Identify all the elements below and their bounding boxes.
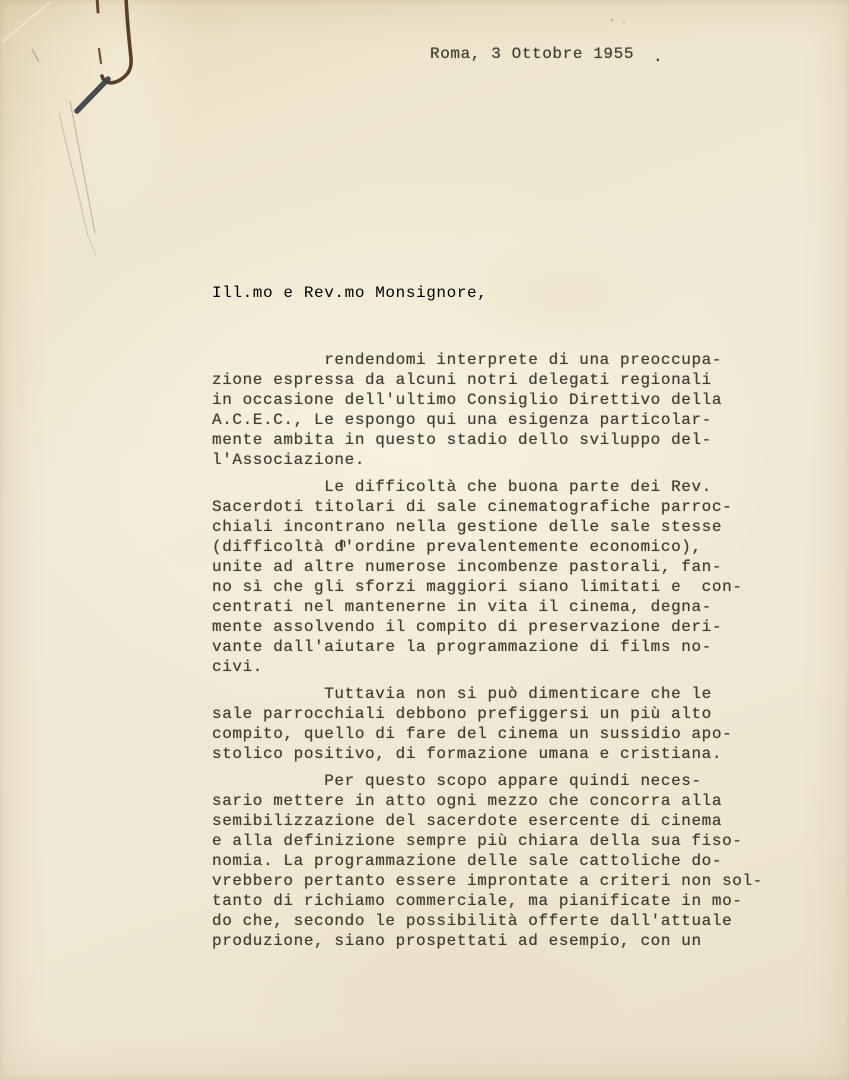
text-line: Per questo scopo appare quindi neces-: [212, 771, 763, 791]
text-line: unite ad altre numerose incombenze pasto…: [212, 557, 763, 577]
stray-dot: [611, 19, 614, 22]
paragraph: Tuttavia non si può dimenticare che lesa…: [212, 684, 763, 764]
dateline: Roma, 3 Ottobre 1955: [430, 45, 634, 63]
ink-hook-mark: [102, 0, 131, 83]
text-line: e alla definizione sempre più chiara del…: [212, 831, 763, 851]
ink-dash-mark: [99, 49, 101, 63]
stray-dot: [623, 21, 625, 23]
typed-correction-mark: n: [339, 534, 346, 554]
text-line: produzione, siano prospettati ad esempio…: [212, 931, 763, 951]
salutation: Ill.mo e Rev.mo Monsignore,: [212, 283, 763, 303]
text-line: sario mettere in atto ogni mezzo che con…: [212, 791, 763, 811]
text-line: Sacerdoti titolari di sale cinematografi…: [212, 497, 763, 517]
paragraph: rendendomi interprete di una preoccupa-z…: [212, 350, 763, 470]
pencil-scratch-line: [70, 101, 95, 233]
paragraph: Le difficoltà che buona parte dei Rev.Sa…: [212, 477, 763, 677]
text-line: tanto di richiamo commerciale, ma pianif…: [212, 891, 763, 911]
text-line: do che, secondo le possibilità offerte d…: [212, 911, 763, 931]
pencil-scratch-line: [59, 113, 88, 236]
pencil-scratch-line: [88, 236, 96, 256]
text-line: nomia. La programmazione delle sale catt…: [212, 851, 763, 871]
text-line: in occasione dell'ultimo Consiglio Diret…: [212, 390, 763, 410]
ink-line-mark: [97, 0, 98, 12]
letter-body: Ill.mo e Rev.mo Monsignore, rendendomi i…: [212, 243, 763, 1011]
text-line: vante dall'aiutare la programmazione di …: [212, 637, 763, 657]
text-line: rendendomi interprete di una preoccupa-: [212, 350, 763, 370]
text-line: Le difficoltà che buona parte dei Rev.: [212, 477, 763, 497]
text-line: no sì che gli sforzi maggiori siano limi…: [212, 577, 763, 597]
text-line: sale parrocchiali debbono prefiggersi un…: [212, 704, 763, 724]
text-line: centrati nel mantenerne in vita il cinem…: [212, 597, 763, 617]
letter-paragraphs: rendendomi interprete di una preoccupa-z…: [212, 350, 763, 951]
text-line: mente assolvendo il compito di preservaz…: [212, 617, 763, 637]
text-line: zione espressa da alcuni notri delegati …: [212, 370, 763, 390]
text-line: Tuttavia non si può dimenticare che le: [212, 684, 763, 704]
text-line: vrebbero pertanto essere improntate a cr…: [212, 871, 763, 891]
paragraph: Per questo scopo appare quindi neces-sar…: [212, 771, 763, 951]
dateline-trailing-dot: .: [653, 48, 663, 66]
text-line: semibilizzazione del sacerdote esercente…: [212, 811, 763, 831]
text-line: stolico positivo, di formazione umana e …: [212, 744, 763, 764]
slate-stroke-mark: [77, 79, 108, 111]
paper-crease: [2, 2, 50, 42]
pencil-tick-mark: [32, 49, 39, 62]
scanned-letter-page: Roma, 3 Ottobre 1955 . Ill.mo e Rev.mo M…: [0, 0, 849, 1080]
text-line: l'Associazione.: [212, 450, 763, 470]
text-line: A.C.E.C., Le espongo qui una esigenza pa…: [212, 410, 763, 430]
text-line: compito, quello di fare del cinema un su…: [212, 724, 763, 744]
text-line: mente ambita in questo stadio dello svil…: [212, 430, 763, 450]
text-line: civi.: [212, 657, 763, 677]
text-line: chiali incontrano nella gestione delle s…: [212, 517, 763, 537]
text-line: (difficoltà d'ordine prevalentemente eco…: [212, 537, 763, 557]
